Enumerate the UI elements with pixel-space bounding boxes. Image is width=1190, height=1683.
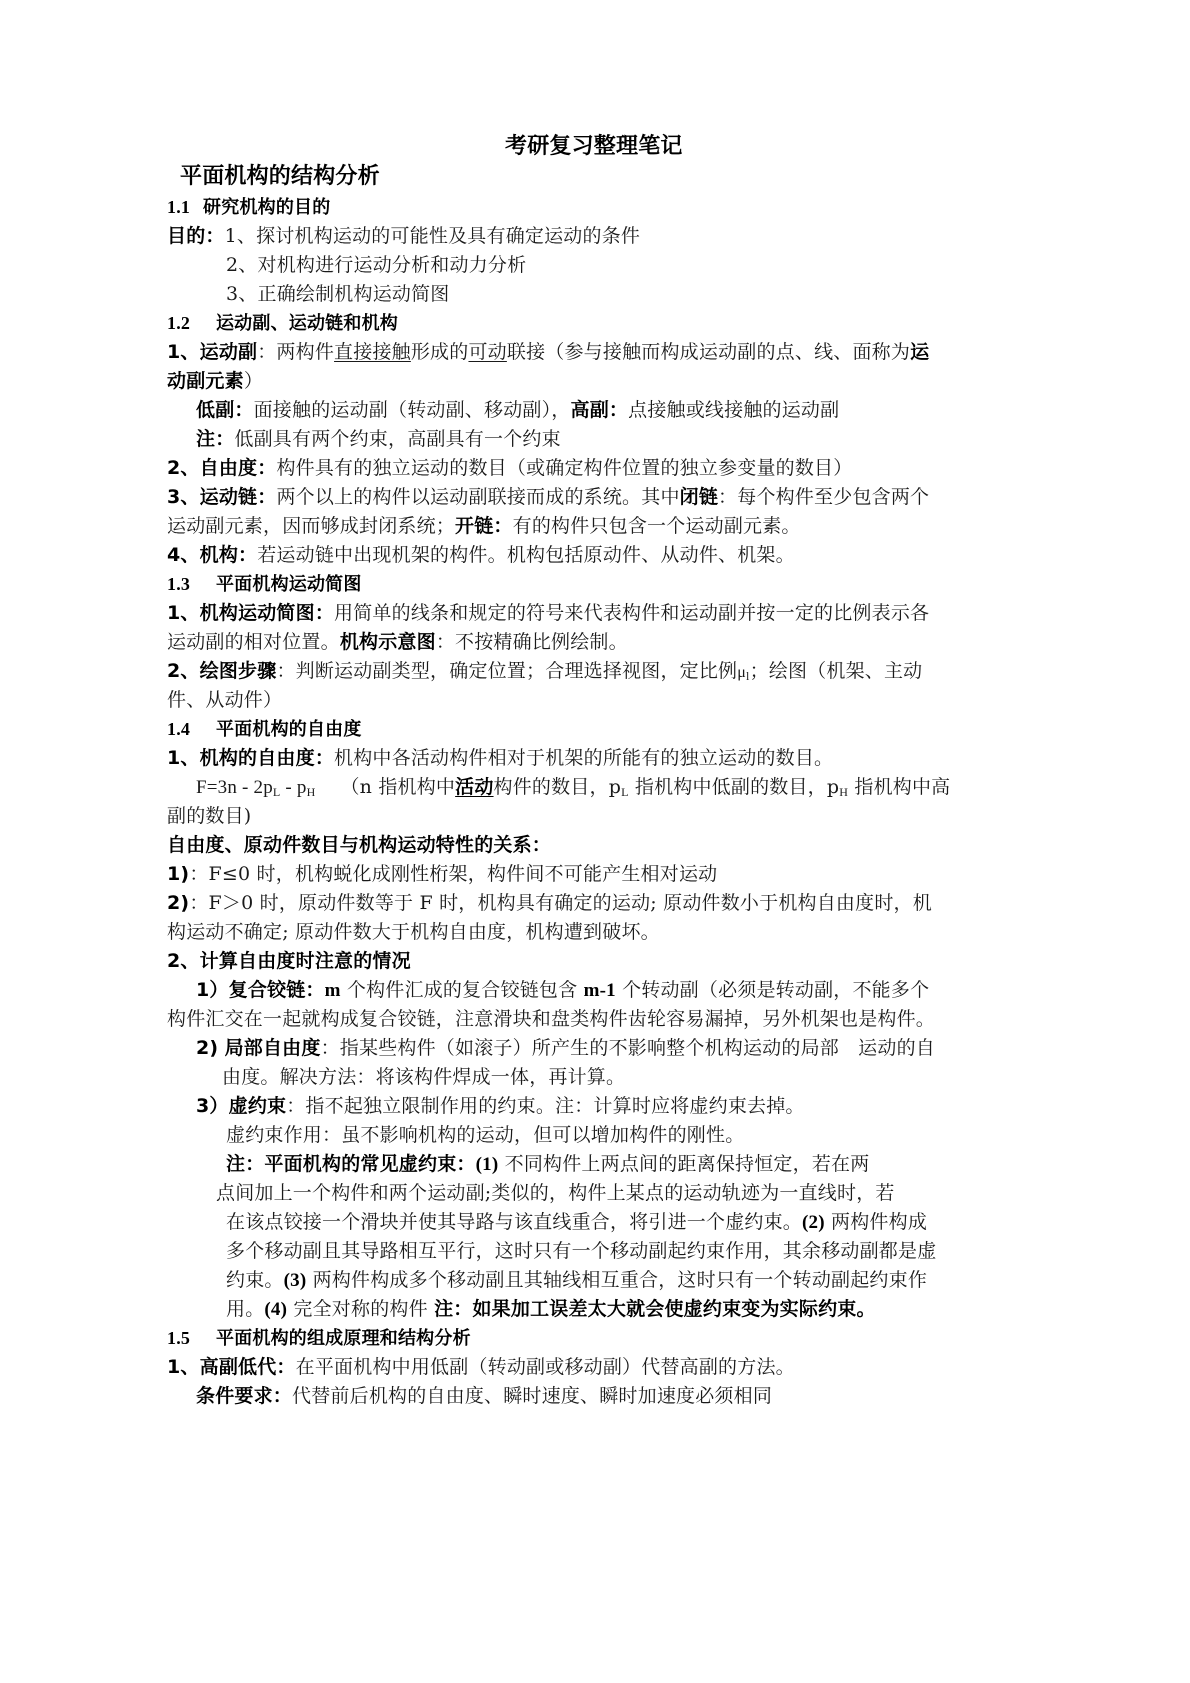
text: 形成的 — [411, 341, 469, 363]
purpose-item: 2、对机构进行运动分析和动力分析 — [226, 251, 526, 279]
term: 运动链： — [200, 486, 277, 508]
text: 面接触的运动副（转动副、移动副）， — [254, 399, 571, 421]
text: 运动副元素，因而够成封闭系统； — [167, 515, 455, 537]
bold-note: 注：如果加工误差太大就会使虚约束变为实际约束。 — [434, 1298, 876, 1320]
item-number: 3） — [196, 1095, 229, 1117]
term: 动副元素 — [167, 370, 244, 392]
underlined-term: 直接接触 — [334, 341, 411, 363]
text: ：指不起独立限制作用的约束。注：计算时应将虚约束去掉。 — [286, 1095, 804, 1117]
term: 开链： — [455, 515, 513, 537]
item-number: 3、 — [167, 486, 200, 508]
term: 绘图步骤 — [200, 660, 277, 682]
item-number: 1、 — [167, 747, 200, 769]
purpose-line-1: 目的：1、探讨机构运动的可能性及具有确定运动的条件 — [167, 222, 640, 250]
text: 用简单的线条和规定的符号来代表构件和运动副并按一定的比例表示各 — [334, 602, 929, 624]
redundant-note-6: 用。(4) 完全对称的构件 注：如果加工误差太大就会使虚约束变为实际约束。 — [226, 1295, 876, 1324]
relation-2-cont: 构运动不确定; 原动件数大于机构自由度，机构遭到破坏。 — [167, 918, 660, 946]
kinematic-pair-def: 1、运动副：两构件直接接触形成的可动联接（参与接触而构成运动副的点、线、面称为运 — [167, 338, 929, 366]
diagram-def: 1、机构运动简图：用简单的线条和规定的符号来代表构件和运动副并按一定的比例表示各 — [167, 599, 929, 627]
section-number: 1.3 — [167, 574, 190, 594]
formula: F=3n - 2p — [196, 777, 273, 798]
redundant-role: 虚约束作用：虽不影响机构的运动，但可以增加构件的刚性。 — [226, 1121, 744, 1149]
item-number: 2) — [196, 1037, 218, 1059]
text: 不同构件上两点间的距离保持恒定，若在两 — [498, 1153, 869, 1175]
term: 高副低代： — [200, 1356, 296, 1378]
text: ：F＞0 时，原动件数等于 F 时，机构具有确定的运动; 原动件数小于机构自由度… — [189, 892, 932, 914]
item-number: (2) — [802, 1212, 825, 1233]
section-title: 运动副、运动链和机构 — [216, 313, 398, 334]
text: ：指某些构件（如滚子）所产生的不影响整个机构运动的局部 运动的自 — [321, 1037, 935, 1059]
document-title: 考研复习整理笔记 — [505, 133, 683, 161]
text: 构件的数目，p — [494, 776, 622, 798]
underlined-term: 可动 — [468, 341, 506, 363]
compound-hinge: 1）复合铰链：m 个构件汇成的复合铰链包含 m-1 个转动副（必须是转动副，不能… — [196, 976, 929, 1005]
item-number: 2) — [167, 892, 189, 914]
chapter-heading: 平面机构的结构分析 — [180, 163, 380, 191]
text: ） — [244, 370, 263, 392]
term: 运动副 — [200, 341, 258, 363]
section-number: 1.2 — [167, 313, 190, 333]
term: 注： — [196, 428, 234, 450]
local-dof: 2) 局部自由度：指某些构件（如滚子）所产生的不影响整个机构运动的局部 运动的自 — [196, 1034, 935, 1062]
item-number: (3) — [284, 1270, 307, 1291]
section-title: 平面机构的组成原理和结构分析 — [216, 1328, 471, 1349]
term: 机构示意图 — [340, 631, 436, 653]
text: 有的构件只包含一个运动副元素。 — [513, 515, 801, 537]
text: 两构件构成 — [825, 1211, 927, 1233]
term: 运 — [910, 341, 929, 363]
redundant-constraint: 3）虚约束：指不起独立限制作用的约束。注：计算时应将虚约束去掉。 — [196, 1092, 805, 1120]
term: 虚约束 — [229, 1095, 287, 1117]
text: 完全对称的构件 — [287, 1298, 434, 1320]
term: 局部自由度 — [225, 1037, 321, 1059]
subscript: L — [621, 785, 629, 799]
text: 约束。 — [226, 1269, 284, 1291]
item-number: (4) — [264, 1299, 287, 1320]
term: 高副： — [571, 399, 629, 421]
redundant-note-3: 在该点铰接一个滑块并使其导路与该直线重合，将引进一个虚约束。(2) 两构件构成 — [226, 1208, 927, 1237]
relation-2: 2)：F＞0 时，原动件数等于 F 时，机构具有确定的运动; 原动件数小于机构自… — [167, 889, 932, 917]
chain-def-cont: 运动副元素，因而够成封闭系统；开链：有的构件只包含一个运动副元素。 — [167, 512, 801, 540]
text: 联接（参与接触而构成运动副的点、线、面称为 — [507, 341, 910, 363]
term: 机构运动简图： — [200, 602, 334, 624]
item-number: 1、 — [167, 1356, 200, 1378]
section-number: 1.4 — [167, 719, 190, 739]
purpose-item: 1、探讨机构运动的可能性及具有确定运动的条件 — [225, 225, 641, 247]
text: ：每个构件至少包含两个 — [718, 486, 929, 508]
dof-cases-heading: 2、计算自由度时注意的情况 — [167, 947, 411, 975]
term: 机构的自由度： — [200, 747, 334, 769]
term: 闭链 — [680, 486, 718, 508]
item-number: 2、 — [167, 457, 200, 479]
section-number: 1.5 — [167, 1328, 190, 1348]
item-number: 1、 — [167, 602, 200, 624]
dof-formula-cont: 副的数目) — [167, 802, 251, 830]
compound-hinge-cont: 构件汇交在一起就构成复合铰链，注意滑块和盘类构件齿轮容易漏掉，另外机架也是构件。 — [167, 1005, 935, 1033]
kinematic-pair-def-cont: 动副元素） — [167, 367, 263, 395]
mechanism-dof-def: 1、机构的自由度：机构中各活动构件相对于机架的所能有的独立运动的数目。 — [167, 744, 833, 772]
text: ：两构件 — [257, 341, 334, 363]
text: 在平面机构中用低副（转动副或移动副）代替高副的方法。 — [296, 1356, 795, 1378]
text: 两构件构成多个移动副且其轴线相互重合，这时只有一个转动副起约束作 — [306, 1269, 927, 1291]
higher-pair-replacement: 1、高副低代：在平面机构中用低副（转动副或移动副）代替高副的方法。 — [167, 1353, 795, 1381]
item-number: 1) — [167, 863, 189, 885]
text: 低副具有两个约束，高副具有一个约束 — [234, 428, 560, 450]
document-page: 考研复习整理笔记 平面机构的结构分析 1.1 研究机构的目的 目的：1、探讨机构… — [0, 0, 1190, 1683]
condition-line: 条件要求：代替前后机构的自由度、瞬时速度、瞬时加速度必须相同 — [196, 1382, 772, 1410]
variable: m-1 — [584, 980, 616, 1001]
text: 两个以上的构件以运动副联接而成的系统。其中 — [276, 486, 679, 508]
note-line: 注：低副具有两个约束，高副具有一个约束 — [196, 425, 561, 453]
redundant-note-5: 约束。(3) 两构件构成多个移动副且其轴线相互重合，这时只有一个转动副起约束作 — [226, 1266, 927, 1295]
term: 机构： — [200, 544, 258, 566]
text: ：不按精确比例绘制。 — [436, 631, 628, 653]
item-number: 1、 — [167, 341, 200, 363]
drawing-steps-cont: 件、从动件） — [167, 686, 282, 714]
underlined-term: 活动 — [455, 776, 493, 798]
local-dof-cont: 由度。解决方法：将该构件焊成一体，再计算。 — [222, 1063, 625, 1091]
mu-symbol: μ — [737, 664, 746, 681]
text: ：F≤0 时，机构蜕化成刚性桁架，构件间不可能产生相对运动 — [189, 863, 717, 885]
text: 指机构中低副的数目，p — [629, 776, 840, 798]
term: 复合铰链： — [229, 979, 325, 1001]
section-heading-1-1: 1.1 研究机构的目的 — [167, 193, 330, 222]
text: 代替前后机构的自由度、瞬时速度、瞬时加速度必须相同 — [292, 1385, 772, 1407]
purpose-label: 目的： — [167, 225, 225, 247]
item-number: 2、 — [167, 660, 200, 682]
low-high-pair-line: 低副：面接触的运动副（转动副、移动副），高副：点接触或线接触的运动副 — [196, 396, 839, 424]
text: ；绘图（机架、主动 — [750, 660, 923, 682]
dof-def: 2、自由度：构件具有的独立运动的数目（或确定构件位置的独立参变量的数目） — [167, 454, 852, 482]
redundant-note-1: 注：平面机构的常见虚约束：(1) 不同构件上两点间的距离保持恒定，若在两 — [226, 1150, 869, 1179]
section-heading-1-3: 1.3 平面机构运动简图 — [167, 570, 362, 599]
text: 运动副的相对位置。 — [167, 631, 340, 653]
redundant-note-4: 多个移动副且其导路相互平行，这时只有一个移动副起约束作用，其余移动副都是虚 — [226, 1237, 936, 1265]
text: 若运动链中出现机架的构件。机构包括原动件、从动件、机架。 — [257, 544, 795, 566]
section-title: 平面机构运动简图 — [216, 574, 362, 595]
section-title: 研究机构的目的 — [203, 197, 330, 218]
section-title: 平面机构的自由度 — [216, 719, 362, 740]
text: 点接触或线接触的运动副 — [628, 399, 839, 421]
term: 条件要求： — [196, 1385, 292, 1407]
subscript: H — [307, 785, 316, 799]
redundant-note-2: 点间加上一个构件和两个运动副;类似的，构件上某点的运动轨迹为一直线时，若 — [216, 1179, 895, 1207]
dof-formula: F=3n - 2pL - pH （n 指机构中活动构件的数目，pL 指机构中低副… — [196, 773, 950, 806]
purpose-item: 3、正确绘制机构运动简图 — [226, 280, 450, 308]
item-number: (1) — [476, 1154, 499, 1175]
formula: - p — [280, 777, 306, 798]
text: 在该点铰接一个滑块并使其导路与该直线重合，将引进一个虚约束。 — [226, 1211, 802, 1233]
term: 低副： — [196, 399, 254, 421]
text: 机构中各活动构件相对于机架的所能有的独立运动的数目。 — [334, 747, 833, 769]
diagram-def-cont: 运动副的相对位置。机构示意图：不按精确比例绘制。 — [167, 628, 628, 656]
text: 指机构中高 — [848, 776, 950, 798]
variable: m — [325, 980, 341, 1001]
text: ：判断运动副类型，确定位置；合理选择视图，定比例 — [276, 660, 737, 682]
subscript: H — [839, 785, 848, 799]
item-number: 1） — [196, 979, 229, 1001]
section-heading-1-4: 1.4 平面机构的自由度 — [167, 715, 362, 744]
relation-heading: 自由度、原动件数目与机构运动特性的关系： — [167, 831, 551, 859]
item-number: 4、 — [167, 544, 200, 566]
section-number: 1.1 — [167, 197, 190, 217]
text: 个构件汇成的复合铰链包含 — [341, 979, 584, 1001]
text: 用。 — [226, 1298, 264, 1320]
section-heading-1-5: 1.5 平面机构的组成原理和结构分析 — [167, 1324, 471, 1353]
term: 自由度： — [200, 457, 277, 479]
section-heading-1-2: 1.2 运动副、运动链和机构 — [167, 309, 398, 338]
text: 构件具有的独立运动的数目（或确定构件位置的独立参变量的数目） — [276, 457, 852, 479]
relation-1: 1)：F≤0 时，机构蜕化成刚性桁架，构件间不可能产生相对运动 — [167, 860, 717, 888]
text: （n 指机构中 — [340, 776, 455, 798]
term: 注：平面机构的常见虚约束： — [226, 1153, 476, 1175]
chain-def: 3、运动链：两个以上的构件以运动副联接而成的系统。其中闭链：每个构件至少包含两个 — [167, 483, 929, 511]
mechanism-def: 4、机构：若运动链中出现机架的构件。机构包括原动件、从动件、机架。 — [167, 541, 795, 569]
text: 个转动副（必须是转动副，不能多个 — [616, 979, 929, 1001]
